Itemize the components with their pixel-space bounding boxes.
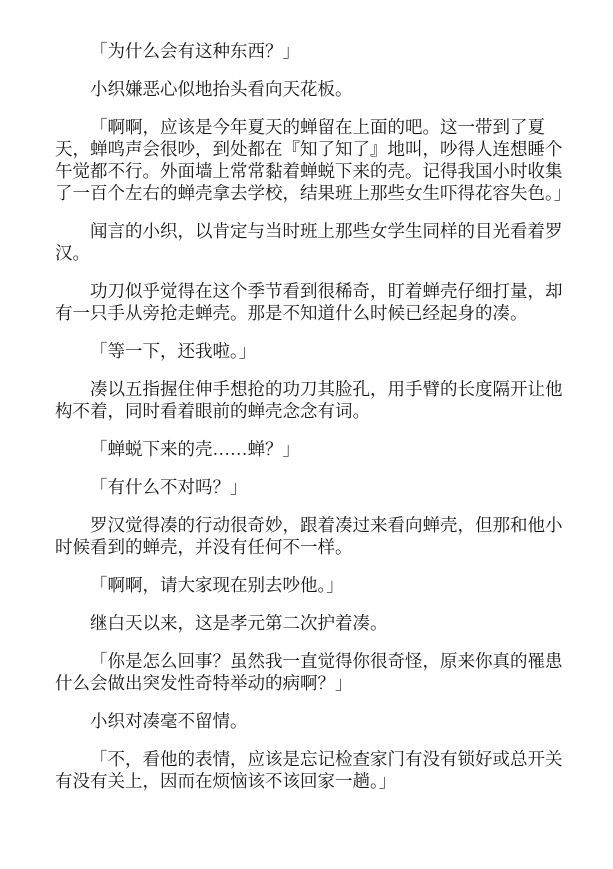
paragraph: 继白天以来，这是孝元第二次护着凑。 [55, 612, 568, 634]
paragraph: 闻言的小织，以肯定与当时班上那些女学生同样的目光看着罗汉。 [55, 220, 568, 264]
paragraph: 「啊啊，请大家现在别去吵他。」 [55, 574, 568, 596]
paragraph: 小织对凑毫不留情。 [55, 710, 568, 732]
document-page: 「为什么会有这种东西？」 小织嫌恶心似地抬头看向天花板。 「啊啊，应该是今年夏天… [0, 0, 613, 869]
paragraph: 功刀似乎觉得在这个季节看到很稀奇，盯着蝉壳仔细打量，却有一只手从旁抢走蝉壳。那是… [55, 280, 568, 324]
paragraph: 「蝉蜕下来的壳……蝉？」 [55, 438, 568, 460]
paragraph: 凑以五指握住伸手想抢的功刀其脸孔，用手臂的长度隔开让他构不着，同时看着眼前的蝉壳… [55, 378, 568, 422]
paragraph: 「等一下，还我啦。」 [55, 340, 568, 362]
paragraph: 「不，看他的表情，应该是忘记检查家门有没有锁好或总开关有没有关上，因而在烦恼该不… [55, 748, 568, 792]
paragraph: 「为什么会有这种东西？」 [55, 40, 568, 62]
paragraph: 「有什么不对吗？」 [55, 476, 568, 498]
paragraph: 「啊啊，应该是今年夏天的蝉留在上面的吧。这一带到了夏天，蝉鸣声会很吵，到处都在『… [55, 116, 568, 204]
paragraph: 罗汉觉得凑的行动很奇妙，跟着凑过来看向蝉壳，但那和他小时候看到的蝉壳，并没有任何… [55, 514, 568, 558]
paragraph: 「你是怎么回事？虽然我一直觉得你很奇怪，原来你真的罹患什么会做出突发性奇特举动的… [55, 650, 568, 694]
novel-text-block: 「为什么会有这种东西？」 小织嫌恶心似地抬头看向天花板。 「啊啊，应该是今年夏天… [55, 40, 568, 808]
paragraph: 小织嫌恶心似地抬头看向天花板。 [55, 78, 568, 100]
